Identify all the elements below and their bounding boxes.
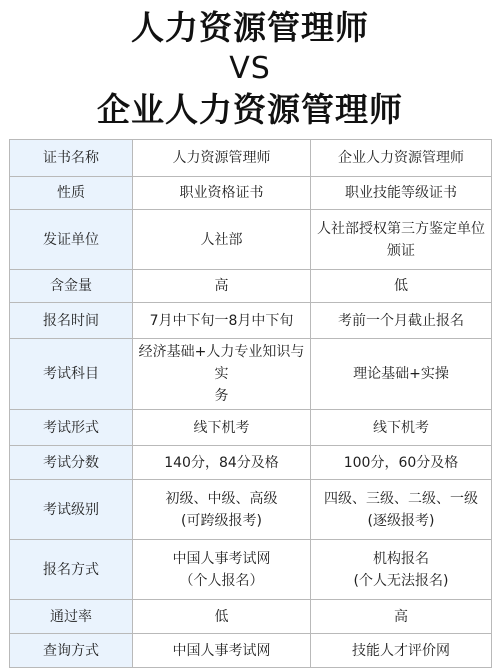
cell-hr-manager: 140分，84分及格 (133, 446, 311, 480)
row-label: 考试级别 (10, 480, 133, 540)
cell-line: 低 (314, 275, 488, 297)
table-row: 考试形式线下机考线下机考 (10, 410, 492, 446)
cell-hr-manager: 中国人事考试网（个人报名） (133, 540, 311, 600)
table-row: 考试分数140分，84分及格100分，60分及格 (10, 446, 492, 480)
cell-hr-manager: 人社部 (133, 210, 311, 270)
cell-line: 职业技能等级证书 (314, 182, 488, 204)
cell-enterprise-hr-manager: 100分，60分及格 (311, 446, 492, 480)
title-line-1: 人力资源管理师 (0, 6, 500, 50)
cell-line: 四级、三级、二级、一级 (314, 488, 488, 510)
cell-enterprise-hr-manager: 企业人力资源管理师 (311, 140, 492, 177)
cell-hr-manager: 7月中下旬一8月中下旬 (133, 303, 311, 339)
cell-enterprise-hr-manager: 技能人才评价网 (311, 634, 492, 668)
cell-line: 线下机考 (136, 417, 307, 439)
table-row: 查询方式中国人事考试网技能人才评价网 (10, 634, 492, 668)
table-row: 报名方式中国人事考试网（个人报名）机构报名(个人无法报名) (10, 540, 492, 600)
cell-hr-manager: 高 (133, 270, 311, 303)
cell-hr-manager: 中国人事考试网 (133, 634, 311, 668)
title-block: 人力资源管理师 VS 企业人力资源管理师 (0, 0, 500, 132)
cell-enterprise-hr-manager: 职业技能等级证书 (311, 177, 492, 210)
cell-hr-manager: 职业资格证书 (133, 177, 311, 210)
table-row: 考试级别初级、中级、高级(可跨级报考)四级、三级、二级、一级(逐级报考) (10, 480, 492, 540)
row-label: 发证单位 (10, 210, 133, 270)
table-row: 性质职业资格证书职业技能等级证书 (10, 177, 492, 210)
cell-line: 140分，84分及格 (136, 452, 307, 474)
cell-line: 7月中下旬一8月中下旬 (136, 310, 307, 332)
cell-enterprise-hr-manager: 低 (311, 270, 492, 303)
cell-line: 人社部 (136, 229, 307, 251)
cell-hr-manager: 人力资源管理师 (133, 140, 311, 177)
row-label: 证书名称 (10, 140, 133, 177)
table-row: 发证单位人社部人社部授权第三方鉴定单位颁证 (10, 210, 492, 270)
cell-hr-manager: 初级、中级、高级(可跨级报考) (133, 480, 311, 540)
comparison-table-body: 证书名称人力资源管理师企业人力资源管理师性质职业资格证书职业技能等级证书发证单位… (10, 140, 492, 668)
comparison-table: 证书名称人力资源管理师企业人力资源管理师性质职业资格证书职业技能等级证书发证单位… (9, 139, 492, 667)
cell-line: 考前一个月截止报名 (314, 310, 488, 332)
row-label: 考试分数 (10, 446, 133, 480)
table-row: 通过率低高 (10, 600, 492, 634)
cell-line: 初级、中级、高级 (136, 488, 307, 510)
row-label: 考试形式 (10, 410, 133, 446)
cell-enterprise-hr-manager: 理论基础+实操 (311, 339, 492, 410)
cell-line: 机构报名 (314, 548, 488, 570)
cell-line: 职业资格证书 (136, 182, 307, 204)
cell-enterprise-hr-manager: 四级、三级、二级、一级(逐级报考) (311, 480, 492, 540)
row-label: 报名方式 (10, 540, 133, 600)
cell-enterprise-hr-manager: 线下机考 (311, 410, 492, 446)
cell-line: 颁证 (314, 240, 488, 262)
cell-line: 理论基础+实操 (314, 363, 488, 385)
table-row: 考试科目经济基础+人力专业知识与实务理论基础+实操 (10, 339, 492, 410)
cell-line: （个人报名） (136, 570, 307, 592)
row-label: 报名时间 (10, 303, 133, 339)
cell-line: 中国人事考试网 (136, 548, 307, 570)
cell-line: 人社部授权第三方鉴定单位 (314, 218, 488, 240)
table-row: 报名时间7月中下旬一8月中下旬考前一个月截止报名 (10, 303, 492, 339)
cell-hr-manager: 低 (133, 600, 311, 634)
title-line-2: 企业人力资源管理师 (0, 88, 500, 132)
cell-enterprise-hr-manager: 高 (311, 600, 492, 634)
cell-line: (可跨级报考) (136, 510, 307, 532)
cell-line: 100分，60分及格 (314, 452, 488, 474)
cell-line: 务 (136, 385, 307, 407)
row-label: 考试科目 (10, 339, 133, 410)
cell-line: 经济基础+人力专业知识与实 (136, 341, 307, 385)
cell-hr-manager: 线下机考 (133, 410, 311, 446)
table-row: 含金量高低 (10, 270, 492, 303)
cell-enterprise-hr-manager: 考前一个月截止报名 (311, 303, 492, 339)
cell-enterprise-hr-manager: 机构报名(个人无法报名) (311, 540, 492, 600)
row-label: 性质 (10, 177, 133, 210)
cell-line: 企业人力资源管理师 (314, 147, 488, 169)
cell-line: (逐级报考) (314, 510, 488, 532)
row-label: 查询方式 (10, 634, 133, 668)
cell-line: 高 (136, 275, 307, 297)
title-vs: VS (0, 50, 500, 88)
cell-line: (个人无法报名) (314, 570, 488, 592)
row-label: 通过率 (10, 600, 133, 634)
cell-line: 中国人事考试网 (136, 640, 307, 662)
cell-line: 人力资源管理师 (136, 147, 307, 169)
table-row: 证书名称人力资源管理师企业人力资源管理师 (10, 140, 492, 177)
cell-line: 低 (136, 606, 307, 628)
cell-line: 技能人才评价网 (314, 640, 488, 662)
row-label: 含金量 (10, 270, 133, 303)
cell-enterprise-hr-manager: 人社部授权第三方鉴定单位颁证 (311, 210, 492, 270)
cell-line: 高 (314, 606, 488, 628)
cell-line: 线下机考 (314, 417, 488, 439)
cell-hr-manager: 经济基础+人力专业知识与实务 (133, 339, 311, 410)
